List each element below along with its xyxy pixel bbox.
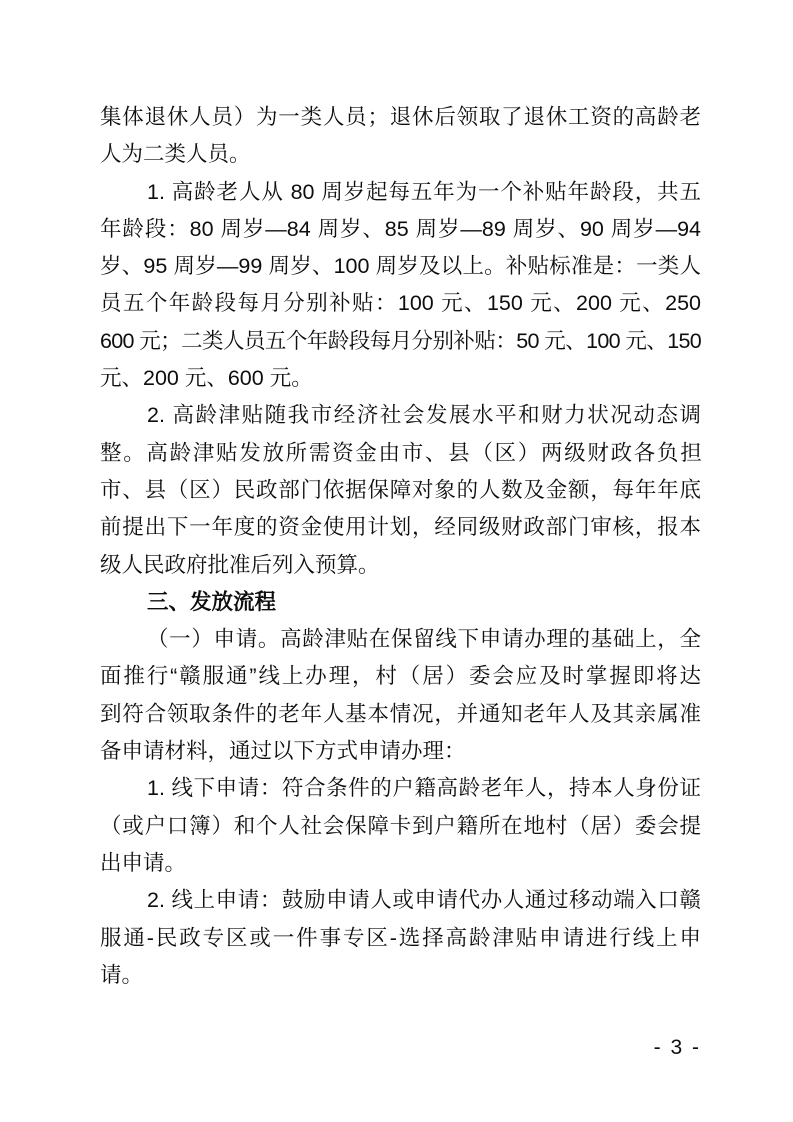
text-line: 面推行“赣服通”线上办理，村（居）委会应及时掌握即将达 <box>100 658 701 695</box>
text-line: 服通-民政专区或一件事专区-选择高龄津贴申请进行线上申 <box>100 920 701 957</box>
text-line: 出申请。 <box>100 845 701 882</box>
text-line: 整。高龄津贴发放所需资金由市、县（区）两级财政各负担 50%。 <box>100 435 701 472</box>
text-line: 市、县（区）民政部门依据保障对象的人数及金额，每年年底 <box>100 472 701 509</box>
text-line: （一）申请。高龄津贴在保留线下申请办理的基础上，全 <box>100 621 701 658</box>
text-line: 请。 <box>100 957 701 994</box>
body-text: 集体退休人员）为一类人员；退休后领取了退休工资的高龄老 人为二类人员。 1. 高… <box>100 99 701 994</box>
text-line: 600 元；二类人员五个年龄段每月分别补贴：50 元、100 元、150 <box>100 323 701 360</box>
text-line: （或户口簿）和个人社会保障卡到户籍所在地村（居）委会提 <box>100 808 701 845</box>
text-line: 2. 线上申请：鼓励申请人或申请代办人通过移动端入口赣 <box>100 882 701 919</box>
text-line: 2. 高龄津贴随我市经济社会发展水平和财力状况动态调 <box>100 397 701 434</box>
page-number: - 3 - <box>100 1033 701 1063</box>
text-line: 级人民政府批准后列入预算。 <box>100 547 701 584</box>
text-line: 员五个年龄段每月分别补贴：100 元、150 元、200 元、250 元、 <box>100 285 701 322</box>
text-line: 集体退休人员）为一类人员；退休后领取了退休工资的高龄老 <box>100 99 701 136</box>
text-line: 元、200 元、600 元。 <box>100 360 701 397</box>
section-heading: 三、发放流程 <box>100 584 701 621</box>
text-line: 岁、95 周岁—99 周岁、100 周岁及以上。补贴标准是：一类人 <box>100 248 701 285</box>
text-line: 到符合领取条件的老年人基本情况，并通知老年人及其亲属准 <box>100 696 701 733</box>
text-line: 人为二类人员。 <box>100 136 701 173</box>
document-page: 集体退休人员）为一类人员；退休后领取了退休工资的高龄老 人为二类人员。 1. 高… <box>0 0 793 1122</box>
text-line: 备申请材料，通过以下方式申请办理： <box>100 733 701 770</box>
text-line: 年龄段：80 周岁—84 周岁、85 周岁—89 周岁、90 周岁—94 周 <box>100 211 701 248</box>
text-line: 1. 线下申请：符合条件的户籍高龄老年人，持本人身份证 <box>100 770 701 807</box>
text-line: 前提出下一年度的资金使用计划，经同级财政部门审核，报本 <box>100 509 701 546</box>
text-line: 1. 高龄老人从 80 周岁起每五年为一个补贴年龄段，共五个 <box>100 174 701 211</box>
